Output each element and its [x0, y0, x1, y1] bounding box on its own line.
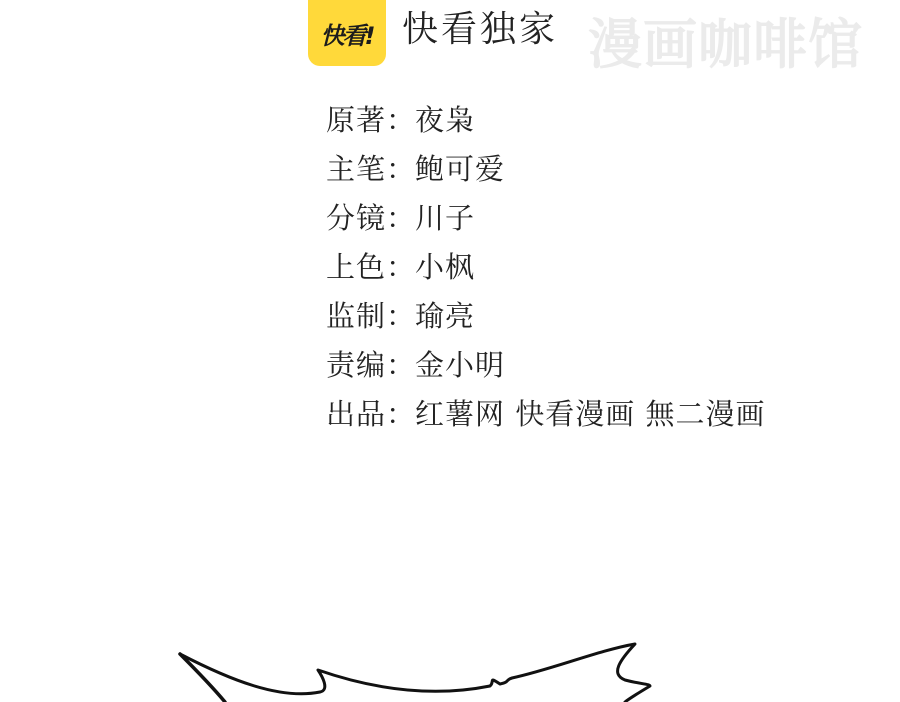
- credit-label: 主笔: [326, 151, 386, 187]
- credit-value: 夜枭: [415, 102, 475, 138]
- logo-text: 快看!: [321, 16, 374, 51]
- credit-separator: ：: [386, 200, 415, 236]
- credit-separator: ：: [386, 396, 415, 432]
- credit-separator: ：: [386, 151, 415, 187]
- credit-label: 责编: [326, 347, 386, 383]
- credit-value: 红薯网 快看漫画 無二漫画: [415, 396, 765, 432]
- credit-value: 小枫: [415, 249, 475, 285]
- credit-value: 川子: [415, 200, 475, 236]
- credit-separator: ：: [386, 102, 415, 138]
- exclusive-title: 快看独家: [402, 8, 558, 52]
- credit-row-main-artist: 主笔 ： 鲍可爱: [326, 151, 765, 200]
- credit-label: 分镜: [326, 200, 386, 236]
- credit-separator: ：: [386, 347, 415, 383]
- credit-row-coloring: 上色 ： 小枫: [326, 249, 765, 298]
- credit-label: 上色: [326, 249, 386, 285]
- credit-row-supervisor: 监制 ： 瑜亮: [326, 298, 765, 347]
- credit-value: 金小明: [415, 347, 505, 383]
- credits-list: 原著 ： 夜枭 主笔 ： 鲍可爱 分镜 ： 川子 上色 ： 小枫 监制 ： 瑜亮…: [326, 102, 765, 445]
- watermark: 漫画咖啡馆: [588, 14, 863, 76]
- credit-label: 原著: [326, 102, 386, 138]
- credit-separator: ：: [386, 298, 415, 334]
- credit-row-producer: 出品 ： 红薯网 快看漫画 無二漫画: [326, 396, 765, 445]
- credit-row-original-author: 原著 ： 夜枭: [326, 102, 765, 151]
- credit-value: 瑜亮: [415, 298, 475, 334]
- kuaikan-logo: 快看!: [308, 0, 386, 66]
- credit-separator: ：: [386, 249, 415, 285]
- credit-row-storyboard: 分镜 ： 川子: [326, 200, 765, 249]
- speech-bubble-outline: [170, 640, 660, 702]
- credit-label: 监制: [326, 298, 386, 334]
- credit-label: 出品: [326, 396, 386, 432]
- credit-row-editor: 责编 ： 金小明: [326, 347, 765, 396]
- credit-value: 鲍可爱: [415, 151, 505, 187]
